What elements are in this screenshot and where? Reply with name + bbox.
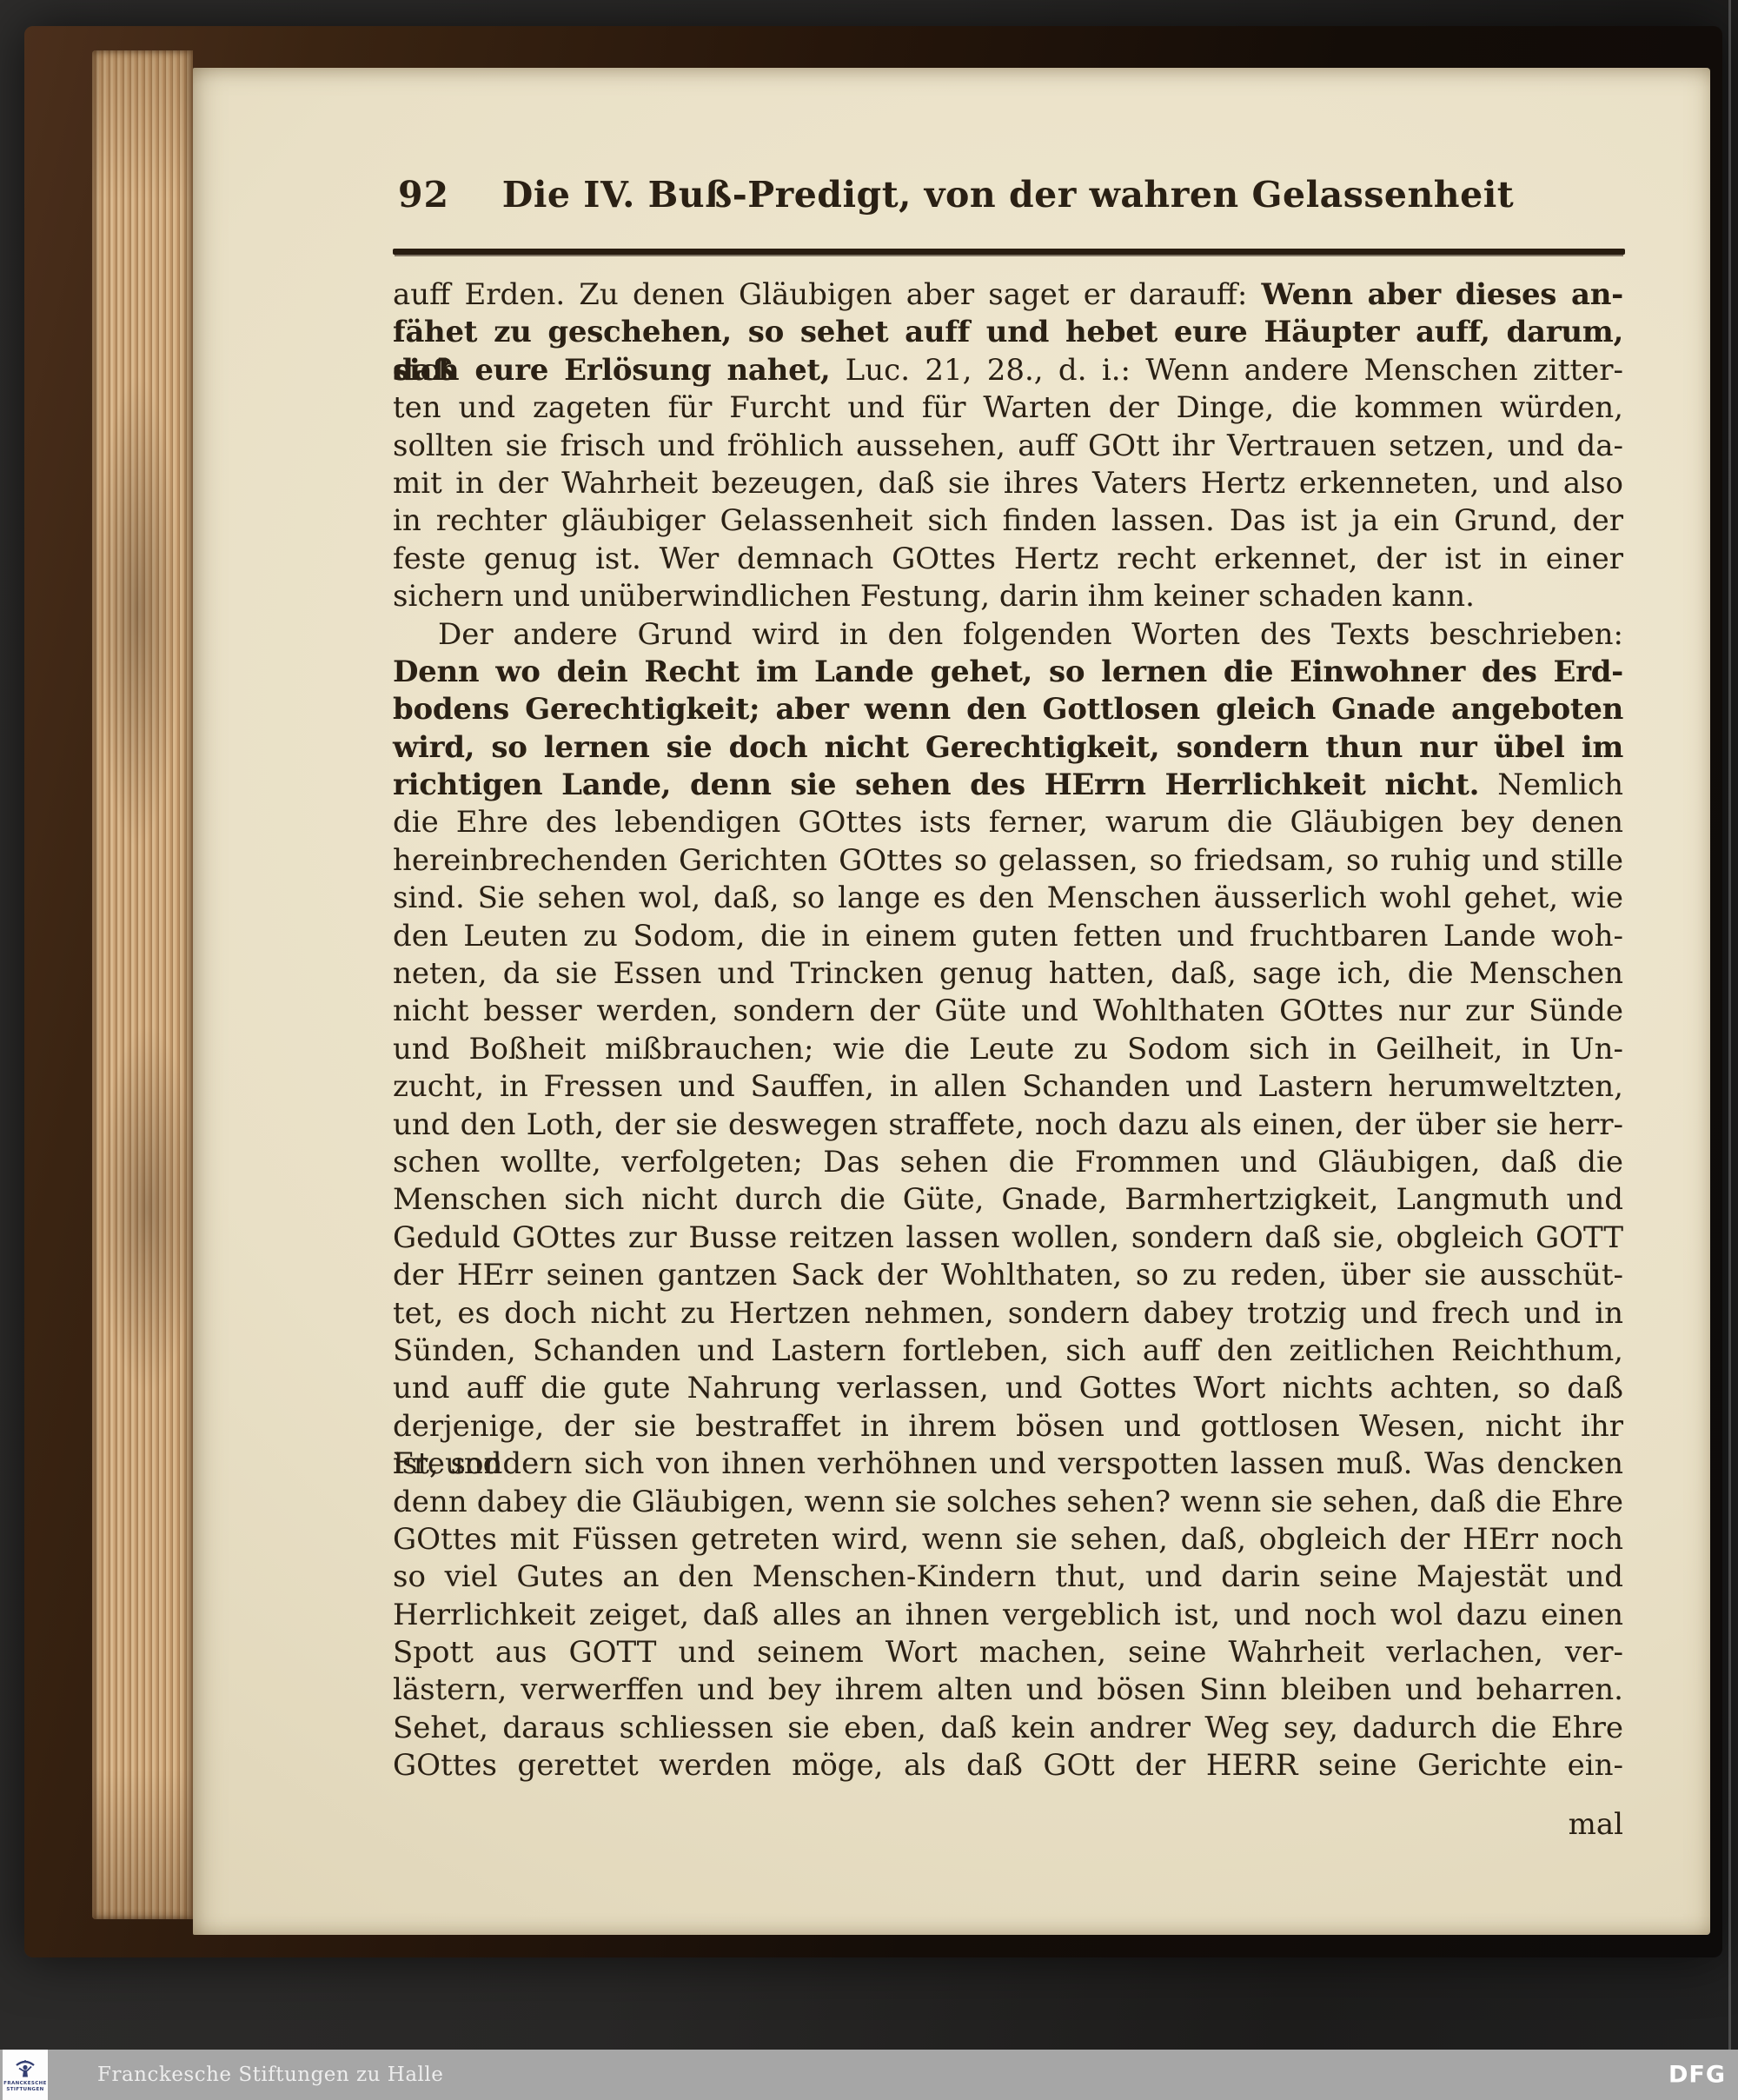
text-line: der HErr seinen gantzen Sack der Wohltha…	[393, 1257, 1623, 1294]
text-line: Denn wo dein Recht im Lande gehet, so le…	[393, 654, 1623, 691]
text-line: nicht besser werden, sondern der Güte un…	[393, 993, 1623, 1030]
text-line: denn dabey die Gläubigen, wenn sie solch…	[393, 1484, 1623, 1521]
text-line: Geduld GOttes zur Busse reitzen lassen w…	[393, 1219, 1623, 1257]
text-line: sind. Sie sehen wol, daß, so lange es de…	[393, 880, 1623, 917]
body-text: auff Erden. Zu denen Gläubigen aber sage…	[393, 276, 1623, 1844]
text-line: so viel Gutes an den Menschen-Kindern th…	[393, 1558, 1623, 1596]
text-line: ten und zageten für Furcht und für Warte…	[393, 389, 1623, 427]
text-line: und Boßheit mißbrauchen; wie die Leute z…	[393, 1031, 1623, 1068]
page-block-fore-edges	[92, 50, 193, 1919]
logo-wordmark-line2: STIFTUNGEN	[6, 2087, 43, 2092]
text-line: wird, so lernen sie doch nicht Gerechtig…	[393, 729, 1623, 767]
text-line: feste genug ist. Wer demnach GOttes Hert…	[393, 541, 1623, 578]
text-line: fähet zu geschehen, so sehet auff und he…	[393, 314, 1623, 351]
text-line: tet, es doch nicht zu Hertzen nehmen, so…	[393, 1295, 1623, 1332]
running-title: Die IV. Buß-Predigt, von der wahren Gela…	[393, 174, 1623, 216]
text-line: Herrlichkeit zeiget, daß alles an ihnen …	[393, 1597, 1623, 1634]
text-line: GOttes mit Füssen getreten wird, wenn si…	[393, 1521, 1623, 1558]
text-line: Sünden, Schanden und Lastern fortleben, …	[393, 1332, 1623, 1370]
text-line: mit in der Wahrheit bezeugen, daß sie ih…	[393, 465, 1623, 502]
book-page: 92 Die IV. Buß-Predigt, von der wahren G…	[193, 68, 1710, 1935]
header-rule	[393, 249, 1625, 255]
text-line: die Ehre des lebendigen GOttes ists fern…	[393, 804, 1623, 841]
text-line: Der andere Grund wird in den folgenden W…	[393, 616, 1623, 654]
text-line: und auff die gute Nahrung verlassen, und…	[393, 1370, 1623, 1407]
francke-emblem-icon	[14, 2057, 36, 2080]
scan-glass-edge	[1728, 0, 1731, 2100]
scan-photo: 92 Die IV. Buß-Predigt, von der wahren G…	[0, 0, 1738, 2100]
catchword: mal	[393, 1806, 1623, 1844]
dfg-logo: DFG	[1668, 2062, 1726, 2089]
text-line: neten, da sie Essen und Trincken genug h…	[393, 955, 1623, 993]
text-line: GOttes gerettet werden möge, als daß GOt…	[393, 1747, 1623, 1784]
text-line: derjenige, der sie bestraffet in ihrem b…	[393, 1408, 1623, 1445]
text-line: richtigen Lande, denn sie sehen des HErr…	[393, 767, 1623, 804]
text-line: schen wollte, verfolgeten; Das sehen die…	[393, 1144, 1623, 1181]
text-line: lästern, verwerffen und bey ihrem alten …	[393, 1671, 1623, 1709]
text-line: den Leuten zu Sodom, die in einem guten …	[393, 918, 1623, 955]
page-header: 92 Die IV. Buß-Predigt, von der wahren G…	[393, 174, 1623, 228]
institution-name: Franckesche Stiftungen zu Halle	[97, 2063, 443, 2086]
logo-wordmark-line1: FRANCKESCHE	[3, 2081, 47, 2086]
text-line: Sehet, daraus schliessen sie eben, daß k…	[393, 1710, 1623, 1747]
viewer-footer-bar: FRANCKESCHE STIFTUNGEN Franckesche Stift…	[0, 2050, 1738, 2100]
text-line: und den Loth, der sie deswegen straffete…	[393, 1106, 1623, 1144]
text-line: sich eure Erlösung nahet, Luc. 21, 28., …	[393, 352, 1623, 389]
text-line: auff Erden. Zu denen Gläubigen aber sage…	[393, 276, 1623, 314]
text-line: Spott aus GOTT und seinem Wort machen, s…	[393, 1634, 1623, 1671]
text-line: ist, sondern sich von ihnen verhöhnen un…	[393, 1445, 1623, 1483]
text-line: in rechter gläubiger Gelassenheit sich f…	[393, 502, 1623, 540]
text-line: hereinbrechenden Gerichten GOttes so gel…	[393, 842, 1623, 880]
text-line: sollten sie frisch und fröhlich aussehen…	[393, 428, 1623, 465]
institution-logo: FRANCKESCHE STIFTUNGEN	[3, 2050, 48, 2100]
text-line: Menschen sich nicht durch die Güte, Gnad…	[393, 1181, 1623, 1219]
text-line: bodens Gerechtigkeit; aber wenn den Gott…	[393, 691, 1623, 728]
text-line: zucht, in Fressen und Sauffen, in allen …	[393, 1068, 1623, 1106]
text-line: sichern und unüberwindlichen Festung, da…	[393, 578, 1623, 615]
